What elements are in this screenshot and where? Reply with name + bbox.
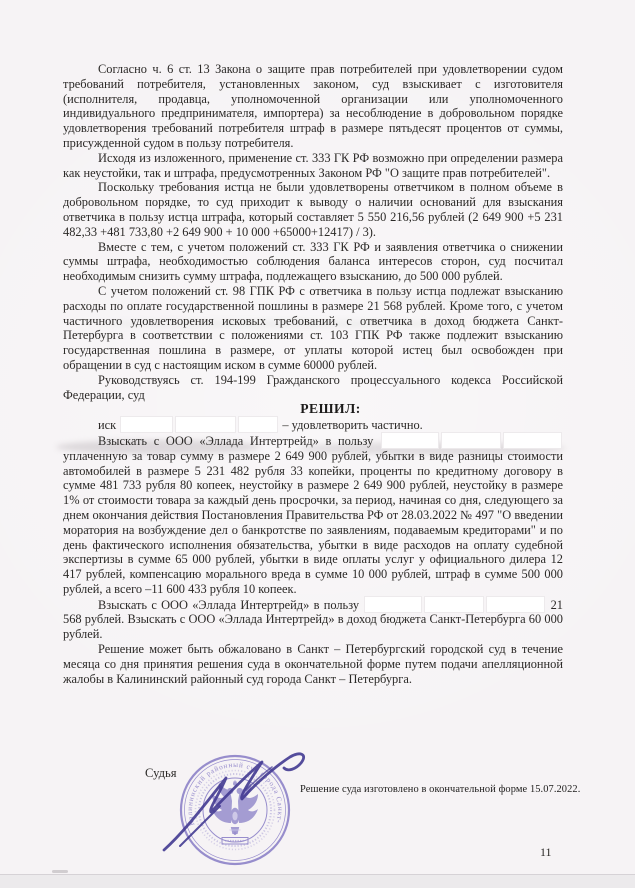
claim-result: – удовлетворить частично. bbox=[282, 418, 422, 432]
signature-ink bbox=[150, 746, 350, 866]
resolution-heading: РЕШИЛ: bbox=[63, 402, 563, 417]
body-paragraph-2: Исходя из изложенного, применение ст. 33… bbox=[63, 151, 563, 181]
award2-lead: Взыскать с ООО «Эллада Интертрейд» в пол… bbox=[98, 598, 359, 612]
court-decision-text: Согласно ч. 6 ст. 13 Закона о защите пра… bbox=[63, 62, 563, 686]
redaction-box bbox=[365, 597, 421, 612]
appeal-paragraph: Решение может быть обжаловано в Санкт – … bbox=[63, 642, 563, 686]
award1-lead: Взыскать с ООО «Эллада Интертрейд» в пол… bbox=[98, 434, 373, 448]
redaction-box bbox=[121, 417, 172, 432]
claim-prefix: иск bbox=[98, 418, 116, 432]
scanned-court-decision-page: Согласно ч. 6 ст. 13 Закона о защите пра… bbox=[0, 0, 635, 888]
redaction-box bbox=[382, 433, 438, 448]
redaction-box bbox=[239, 417, 277, 432]
redaction-box bbox=[504, 433, 561, 448]
award-paragraph-1: Взыскать с ООО «Эллада Интертрейд» в пол… bbox=[63, 433, 563, 597]
body-paragraph-3: Поскольку требования истца не были удовл… bbox=[63, 180, 563, 239]
redaction-box bbox=[425, 597, 483, 612]
body-paragraph-4: Вместе с тем, с учетом положений ст. 333… bbox=[63, 240, 563, 284]
body-paragraph-6: Руководствуясь ст. 194-199 Гражданского … bbox=[63, 373, 563, 403]
scan-artifact-mark bbox=[52, 870, 68, 873]
body-paragraph-1: Согласно ч. 6 ст. 13 Закона о защите пра… bbox=[63, 62, 563, 151]
claim-line: иск – удовлетворить частично. bbox=[63, 417, 563, 433]
award1-body: уплаченную за товар сумму в размере 2 64… bbox=[63, 449, 563, 596]
award-paragraph-2: Взыскать с ООО «Эллада Интертрейд» в пол… bbox=[63, 597, 563, 642]
redaction-box bbox=[487, 597, 544, 612]
body-paragraph-5: С учетом положений ст. 98 ГПК РФ с ответ… bbox=[63, 284, 563, 373]
page-number: 11 bbox=[540, 845, 552, 860]
finalized-date-note: Решение суда изготовлено в окончательной… bbox=[300, 784, 580, 795]
redaction-box bbox=[442, 433, 500, 448]
redaction-box bbox=[176, 417, 235, 432]
scan-bottom-edge bbox=[0, 874, 635, 888]
